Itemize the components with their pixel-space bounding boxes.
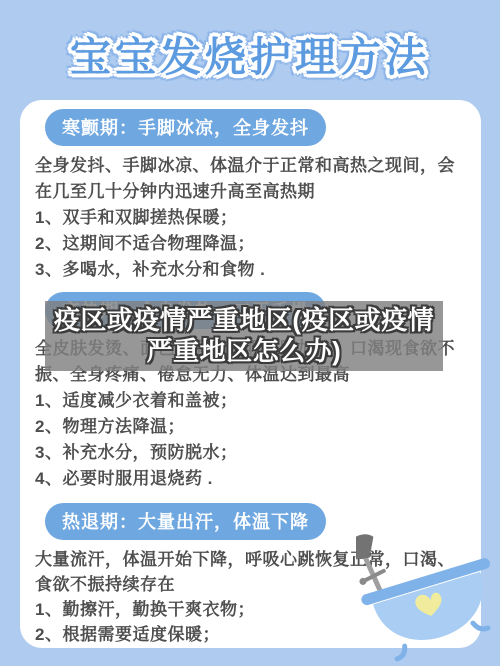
- page-title: 宝宝发烧护理方法: [0, 24, 500, 83]
- list-item: 1、双手和双脚搓热保暖；: [35, 205, 468, 231]
- section-body-chill: 全身发抖、手脚冰凉、体温介于正常和高热之现间，会在几至几十分钟内迅速升高至高热期: [35, 153, 468, 205]
- tub-leg-right: [473, 619, 488, 631]
- section-header-fever-retreat: 热退期：大量出汗，体温下降: [45, 503, 326, 540]
- bathtub-icon: [356, 530, 500, 662]
- caption-overlay: 疫区或疫情严重地区(疫区或疫情严重地区怎么办): [45, 301, 443, 371]
- list-item: 2、物理方法降温；: [35, 414, 468, 440]
- section-chill-phase: 寒颤期：手脚冰凉，全身发抖 全身发抖、手脚冰凉、体温介于正常和高热之现间，会在几…: [20, 109, 481, 283]
- list-item: 1、适度减少衣着和盖被；: [35, 388, 468, 414]
- infographic-page: { "title": "宝宝发烧护理方法", "overlay": { "tex…: [0, 0, 500, 666]
- list-item: 3、多喝水，补充水分和食物 .: [35, 257, 468, 283]
- list-item: 2、这期间不适合物理降温；: [35, 231, 468, 257]
- list-item: 3、补充水分，预防脱水；: [35, 440, 468, 466]
- list-item: 4、必要时服用退烧药 .: [35, 466, 468, 492]
- caption-overlay-text: 疫区或疫情严重地区(疫区或疫情严重地区怎么办): [45, 305, 443, 367]
- section-header-chill: 寒颤期：手脚冰凉，全身发抖: [45, 109, 326, 146]
- tub-leg-left: [394, 646, 407, 659]
